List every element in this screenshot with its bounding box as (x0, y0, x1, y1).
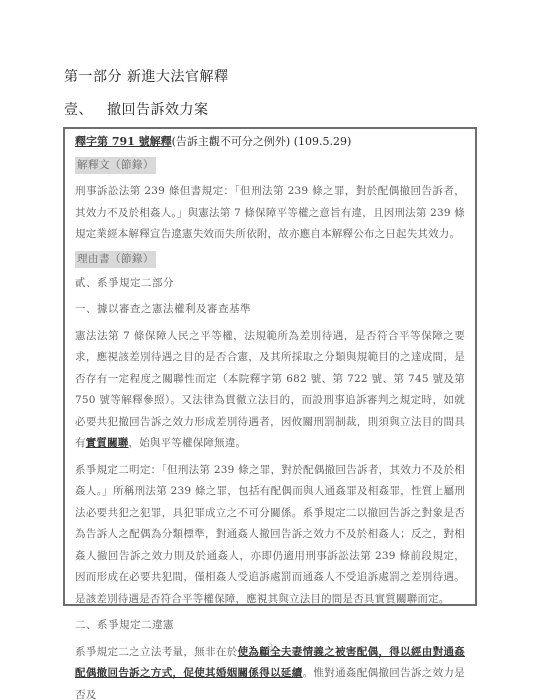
interpretation-box: 釋字第 791 號解釋(告訴主觀不可分之例外) (109.5.29) 解釋文（節… (63, 127, 477, 606)
paragraph-provision-two: 系爭規定二明定：「但刑法第 239 條之罪，對於配偶撤回告訴者，其效力不及於相姦… (75, 460, 465, 611)
paragraph-equality: 憲法法第 7 條保障人民之平等權，法規範所為差別待遇，是否符合平等保障之要求，應… (75, 326, 465, 455)
interpretation-subtitle: (告訴主觀不可分之例外) (172, 135, 291, 148)
reasons-tag: 理由書（節錄） (75, 251, 156, 268)
subheading-unconstitutional: 二、系爭規定二違憲 (75, 615, 465, 637)
interpretation-date: (109.5.29) (294, 135, 352, 148)
section-number: 壹、 (64, 102, 93, 118)
page-number: 3 (0, 643, 541, 653)
emphasis-substantial-link: 實質關聯 (86, 437, 129, 449)
section-title: 壹、撤回告訴效力案 (64, 99, 209, 119)
interpretation-number: 釋字第 791 號解釋 (75, 135, 172, 148)
interpretation-text: 刑事訴訟法第 239 條但書規定：「但刑法第 239 條之罪，對於配偶撤回告訴者… (75, 181, 465, 246)
box-title: 釋字第 791 號解釋(告訴主觀不可分之例外) (109.5.29) (75, 132, 465, 152)
part-title: 第一部分 新進大法官解釋 (64, 66, 228, 86)
subheading-review-standard: 一、據以審查之憲法權利及審查基準 (75, 299, 465, 321)
paragraph-equality-tail: ，始與平等權保障無違。 (129, 437, 247, 449)
section-title-text: 撤回告訴效力案 (107, 102, 209, 118)
paragraph-equality-text: 憲法法第 7 條保障人民之平等權，法規範所為差別待遇，是否符合平等保障之要求，應… (75, 330, 465, 450)
interpretation-tag: 解釋文（節錄） (75, 157, 156, 174)
heading-part-two: 貳、系爭規定二部分 (75, 273, 465, 295)
